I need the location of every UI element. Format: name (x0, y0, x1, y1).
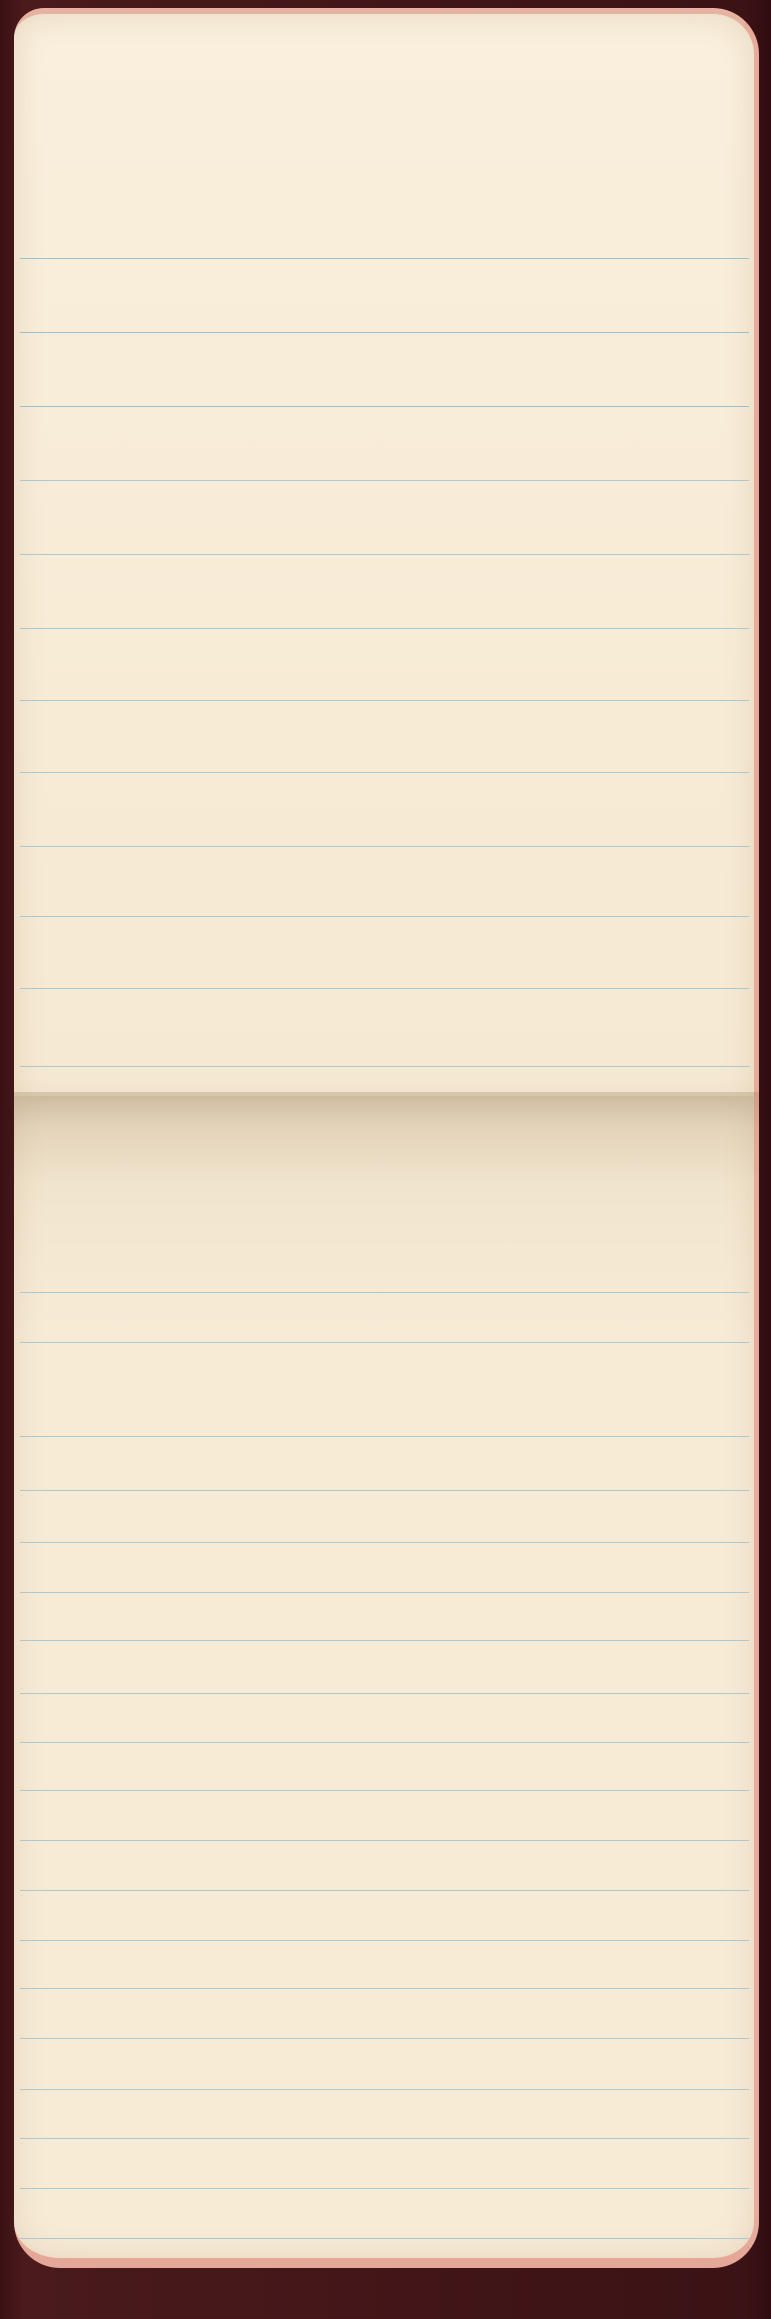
binding-gutter (14, 1092, 759, 1182)
lower-page (14, 1096, 759, 2268)
upper-page (14, 8, 759, 1102)
